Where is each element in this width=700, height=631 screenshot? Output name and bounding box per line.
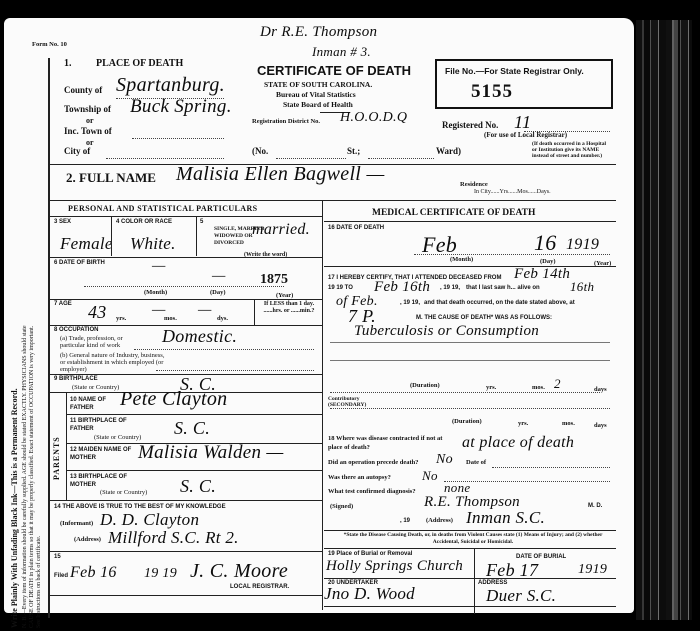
dob-year: 1875 [260,272,288,288]
mother-birthplace-value: S. C. [180,476,216,497]
autopsy-label: Was there an autopsy? [328,474,391,481]
occupation-a-label: (a) Trade, profession, or particular kin… [60,335,146,349]
last-saw-year: , 19 19, [400,300,420,306]
autopsy-value: No [422,468,438,484]
bureau-name: Bureau of Vital Statistics [276,90,356,99]
q18-label: 18 Where was disease contracted if not a… [328,434,444,452]
registered-no-label: Registered No. [442,120,498,130]
filed-number: 15 [54,554,61,560]
street-label: St.; [347,146,360,156]
physician-annotation: Dr R.E. Thompson [260,24,377,41]
sidebar-instructions: Write Plainly With Unfading Black Ink—Th… [8,108,60,628]
residence-label: Residence [460,181,488,188]
operation-date-label: Date of [466,459,486,466]
occurred-text: and that death occurred, on the date sta… [424,300,575,306]
cause-of-death-value: Tuberculosis or Consumption [354,323,539,340]
duration-label: (Duration) [410,382,440,389]
death-day: 16 [534,230,557,256]
dob-month: — [152,258,166,275]
attended-year-prefix: 19 19 to [328,285,353,291]
filed-date: Feb 16 [70,564,117,582]
certificate-title: CERTIFICATE OF DEATH [257,63,411,78]
medical-certificate-heading: MEDICAL CERTIFICATE OF DEATH [372,208,535,218]
location-annotation: Inman # 3. [312,44,371,60]
mos-caption: mos. [164,315,177,322]
physician-address-value: Inman S.C. [466,508,545,528]
occupation-value: Domestic. [162,326,237,347]
state-name: STATE OF SOUTH CAROLINA. [264,80,372,89]
father-name-label: 10 NAME OF FATHER [70,396,114,412]
physician-address-label: (Address) [426,517,453,524]
registration-district-value: H.O.O.D.Q [340,110,407,126]
undertaker-value: Jno D. Wood [324,584,415,604]
cause-of-death-label: m. The CAUSE OF DEATH* was as follows: [416,315,552,321]
contributory-label: Contributory (SECONDARY) [328,396,378,408]
county-value: Spartanburg. [116,74,225,97]
mother-birthplace-sub: (State or Country) [100,489,147,496]
marital-value: married. [252,221,310,239]
race-value: White. [130,234,176,254]
age-label: 7 AGE [54,301,72,307]
md-label: M. D. [588,503,602,509]
local-registrar-note: (For use of Local Registrar) [484,131,567,139]
ward-label: Ward) [436,146,461,156]
burial-place-value: Holly Springs Church [326,558,463,575]
mother-name-value: Malisia Walden — [138,442,284,464]
or-label: or [86,116,94,125]
last-saw-value: 16th [570,279,594,295]
burial-place-label: 19 Place of Burial or Removal [328,551,412,557]
local-registrar-label: LOCAL REGISTRAR. [230,584,289,590]
day-caption: (Day) [210,289,226,296]
mother-name-label: 12 MAIDEN NAME OF MOTHER [70,446,140,462]
file-box-label: File No.—For State Registrar Only. [445,66,584,76]
dob-day: — [212,268,226,285]
sex-value: Female [60,234,113,254]
race-label: 4 COLOR OR RACE [116,219,172,225]
column-divider [322,200,323,610]
city-label: City of [64,146,90,156]
dob-label: 6 DATE OF BIRTH [54,260,105,266]
secondary-duration-days: days [594,422,607,429]
undertaker-address-value: Duer S.C. [486,586,556,606]
duration-mos-value: 2 [554,376,561,392]
book-binding-edge [636,20,692,620]
registration-district-label: Registration District No. [252,118,320,125]
age-days: — [198,302,212,319]
operation-label: Did an operation precede death? [328,459,419,466]
last-saw-text: that I last saw h... alive on [466,285,540,291]
board-name: State Board of Health [283,100,353,109]
form-number: Form No. 10 [32,41,67,48]
informant-value: D. D. Clayton [100,510,199,530]
county-label: County of [64,85,102,95]
year-caption: (Year) [276,292,293,299]
death-month-caption: (Month) [450,256,473,263]
birthplace-label: 9 BIRTHPLACE [54,376,98,382]
township-value: Buck Spring. [130,96,232,118]
left-border [48,58,50,618]
full-name-label: 2. FULL NAME [66,170,156,186]
duration-mos: mos. [532,384,545,391]
attended-from: Feb 14th [514,266,570,283]
secondary-duration-mos: mos. [562,420,575,427]
marital-number: 5 [200,219,203,225]
place-of-death-number: 1. [64,58,72,69]
sidebar-note-1: N. B.—Every item of information should b… [22,118,28,628]
state-registrar-file-box: File No.—For State Registrar Only. 5155 [435,59,613,109]
full-name-value: Malisia Ellen Bagwell — [176,163,385,186]
filed-year: 19 19 [144,566,177,582]
month-caption: (Month) [144,289,167,296]
death-certificate-page: Write Plainly With Unfading Black Ink—Th… [4,18,634,613]
parents-label: PARENTS [52,410,61,480]
father-birthplace-value: S. C. [174,418,210,439]
yrs-caption: yrs. [116,315,126,322]
cause-footnote: *State the Disease Causing Death, or, in… [338,532,608,546]
secondary-duration-yrs: yrs. [518,420,528,427]
informant-address-label: (Address) [74,536,101,543]
dys-caption: dys. [217,315,228,322]
father-name-value: Pete Clayton [120,388,227,411]
registrar-signature: J. C. Moore [190,560,288,583]
burial-year: 1919 [578,562,607,578]
informant-label: (Informant) [60,520,93,527]
sidebar-note-3: See Instructions on back of certificate. [36,268,42,628]
father-birthplace-sub: (State or Country) [94,434,141,441]
registered-no-value: 11 [514,112,531,133]
father-birthplace-label: 11 BIRTHPLACE OF FATHER [70,417,140,433]
mother-birthplace-label: 13 BIRTHPLACE OF MOTHER [70,473,140,489]
age-years: 43 [88,302,107,323]
occupation-b-label: (b) General nature of Industry, business… [60,352,166,373]
birthplace-sub: (State or Country) [72,384,119,391]
less-than-day-note: If LESS than 1 day. ......hrs. or ......… [262,301,316,315]
inc-town-label: Inc. Town of [64,126,112,136]
filed-label: Filed [54,573,68,579]
sidebar-ink-warning: Write Plainly With Unfading Black Ink—Th… [10,168,19,628]
sex-label: 3 SEX [54,219,71,225]
informant-address-value: Millford S.C. Rt 2. [108,528,239,548]
death-day-caption: (Day) [540,258,556,265]
signed-label: (Signed) [330,503,353,510]
township-label: Township of [64,104,111,114]
occupation-label: 8 OCCUPATION [54,327,98,333]
street-no-label: (No. [252,146,268,156]
place-of-death-heading: PLACE OF DEATH [96,58,183,69]
duration-yrs: yrs. [486,384,496,391]
attended-to: Feb 16th [374,279,430,296]
sidebar-note-2: CAUSE OF DEATH in plain terms so that it… [29,118,35,628]
death-year: 1919 [566,236,599,254]
residence-duration: In City......Yrs......Mos......Days. [474,189,551,195]
operation-value: No [436,452,453,468]
personal-particulars-heading: PERSONAL AND STATISTICAL PARTICULARS [68,204,258,213]
secondary-duration-label: (Duration) [452,418,482,425]
file-number: 5155 [471,81,513,103]
q18-value: at place of death [462,434,574,452]
sig-year-label: , 19 [400,518,410,524]
date-of-death-label: 16 DATE OF DEATH [328,225,384,231]
test-label: What test confirmed diagnosis? [328,488,416,495]
hospital-note: (If death occurred in a Hospital or Inst… [532,141,612,159]
attended-to-year: , 19 19, [440,285,460,291]
